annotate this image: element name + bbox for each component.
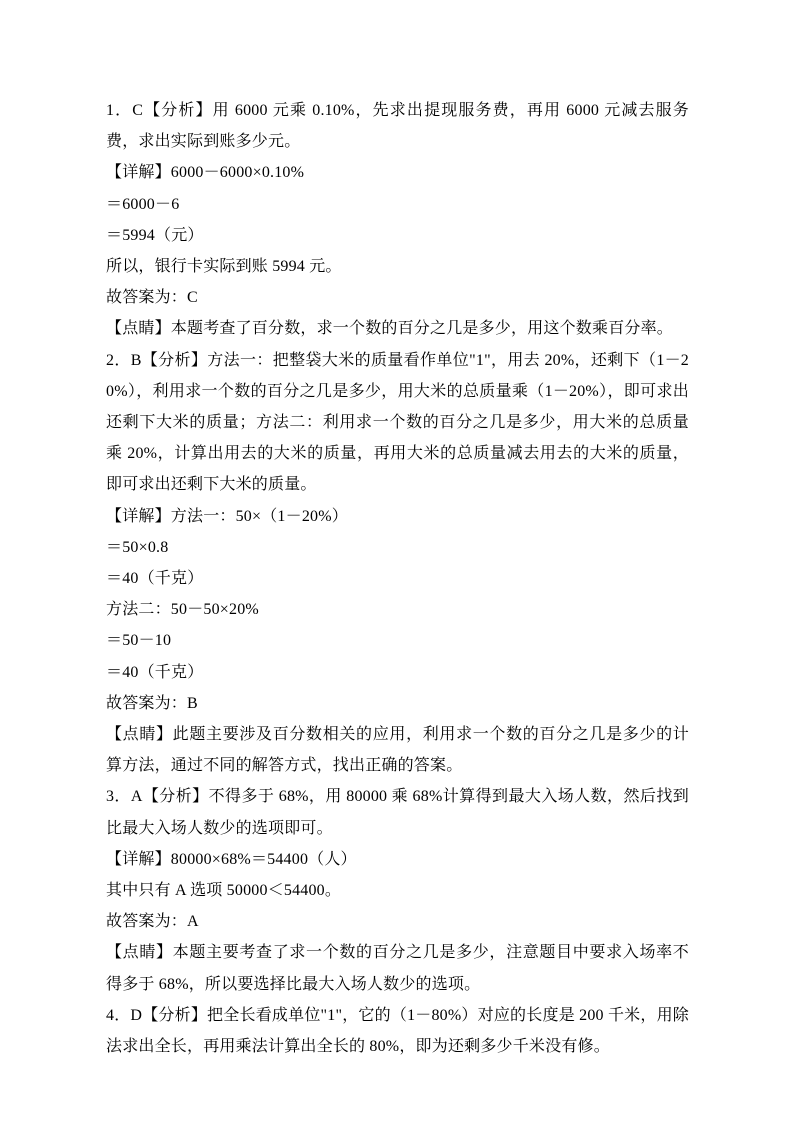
- q4-analysis: 4．D【分析】把全长看成单位"1"，它的（1－80%）对应的长度是 200 千米…: [106, 1000, 689, 1062]
- solution-block-1: 1．C【分析】用 6000 元乘 0.10%，先求出提现服务费，再用 6000 …: [106, 95, 689, 345]
- q1-note: 【点睛】本题考查了百分数，求一个数的百分之几是多少，用这个数乘百分率。: [106, 313, 689, 344]
- q3-note: 【点睛】本题主要考查了求一个数的百分之几是多少，注意题目中要求入场率不得多于 6…: [106, 937, 689, 999]
- q3-analysis: 3．A【分析】不得多于 68%，用 80000 乘 68%计算得到最大入场人数，…: [106, 781, 689, 843]
- q1-step-1: ＝6000－6: [106, 189, 689, 220]
- q2-method2-formula: 方法二：50－50×20%: [106, 594, 689, 625]
- q2-analysis: 2．B【分析】方法一：把整袋大米的质量看作单位"1"，用去 20%，还剩下（1－…: [106, 345, 689, 501]
- q3-answer-line: 故答案为：A: [106, 906, 689, 937]
- solution-block-3: 3．A【分析】不得多于 68%，用 80000 乘 68%计算得到最大入场人数，…: [106, 781, 689, 999]
- q1-conclusion: 所以，银行卡实际到账 5994 元。: [106, 251, 689, 282]
- solution-block-4: 4．D【分析】把全长看成单位"1"，它的（1－80%）对应的长度是 200 千米…: [106, 1000, 689, 1062]
- q2-method2-step-1: ＝50－10: [106, 625, 689, 656]
- q3-comparison: 其中只有 A 选项 50000＜54400。: [106, 875, 689, 906]
- q2-method2-step-2: ＝40（千克）: [106, 657, 689, 688]
- solution-block-2: 2．B【分析】方法一：把整袋大米的质量看作单位"1"，用去 20%，还剩下（1－…: [106, 345, 689, 782]
- document-page: 1．C【分析】用 6000 元乘 0.10%，先求出提现服务费，再用 6000 …: [0, 0, 793, 1122]
- q3-detail-formula: 【详解】80000×68%＝54400（人）: [106, 844, 689, 875]
- q2-method1-step-1: ＝50×0.8: [106, 532, 689, 563]
- q2-answer-line: 故答案为：B: [106, 688, 689, 719]
- q1-detail-formula: 【详解】6000－6000×0.10%: [106, 157, 689, 188]
- q2-method1-step-2: ＝40（千克）: [106, 563, 689, 594]
- q1-step-2: ＝5994（元）: [106, 220, 689, 251]
- q1-analysis: 1．C【分析】用 6000 元乘 0.10%，先求出提现服务费，再用 6000 …: [106, 95, 689, 157]
- q1-answer-line: 故答案为：C: [106, 282, 689, 313]
- q2-detail-formula: 【详解】方法一：50×（1－20%）: [106, 501, 689, 532]
- q2-note: 【点睛】此题主要涉及百分数相关的应用，利用求一个数的百分之几是多少的计算方法，通…: [106, 719, 689, 781]
